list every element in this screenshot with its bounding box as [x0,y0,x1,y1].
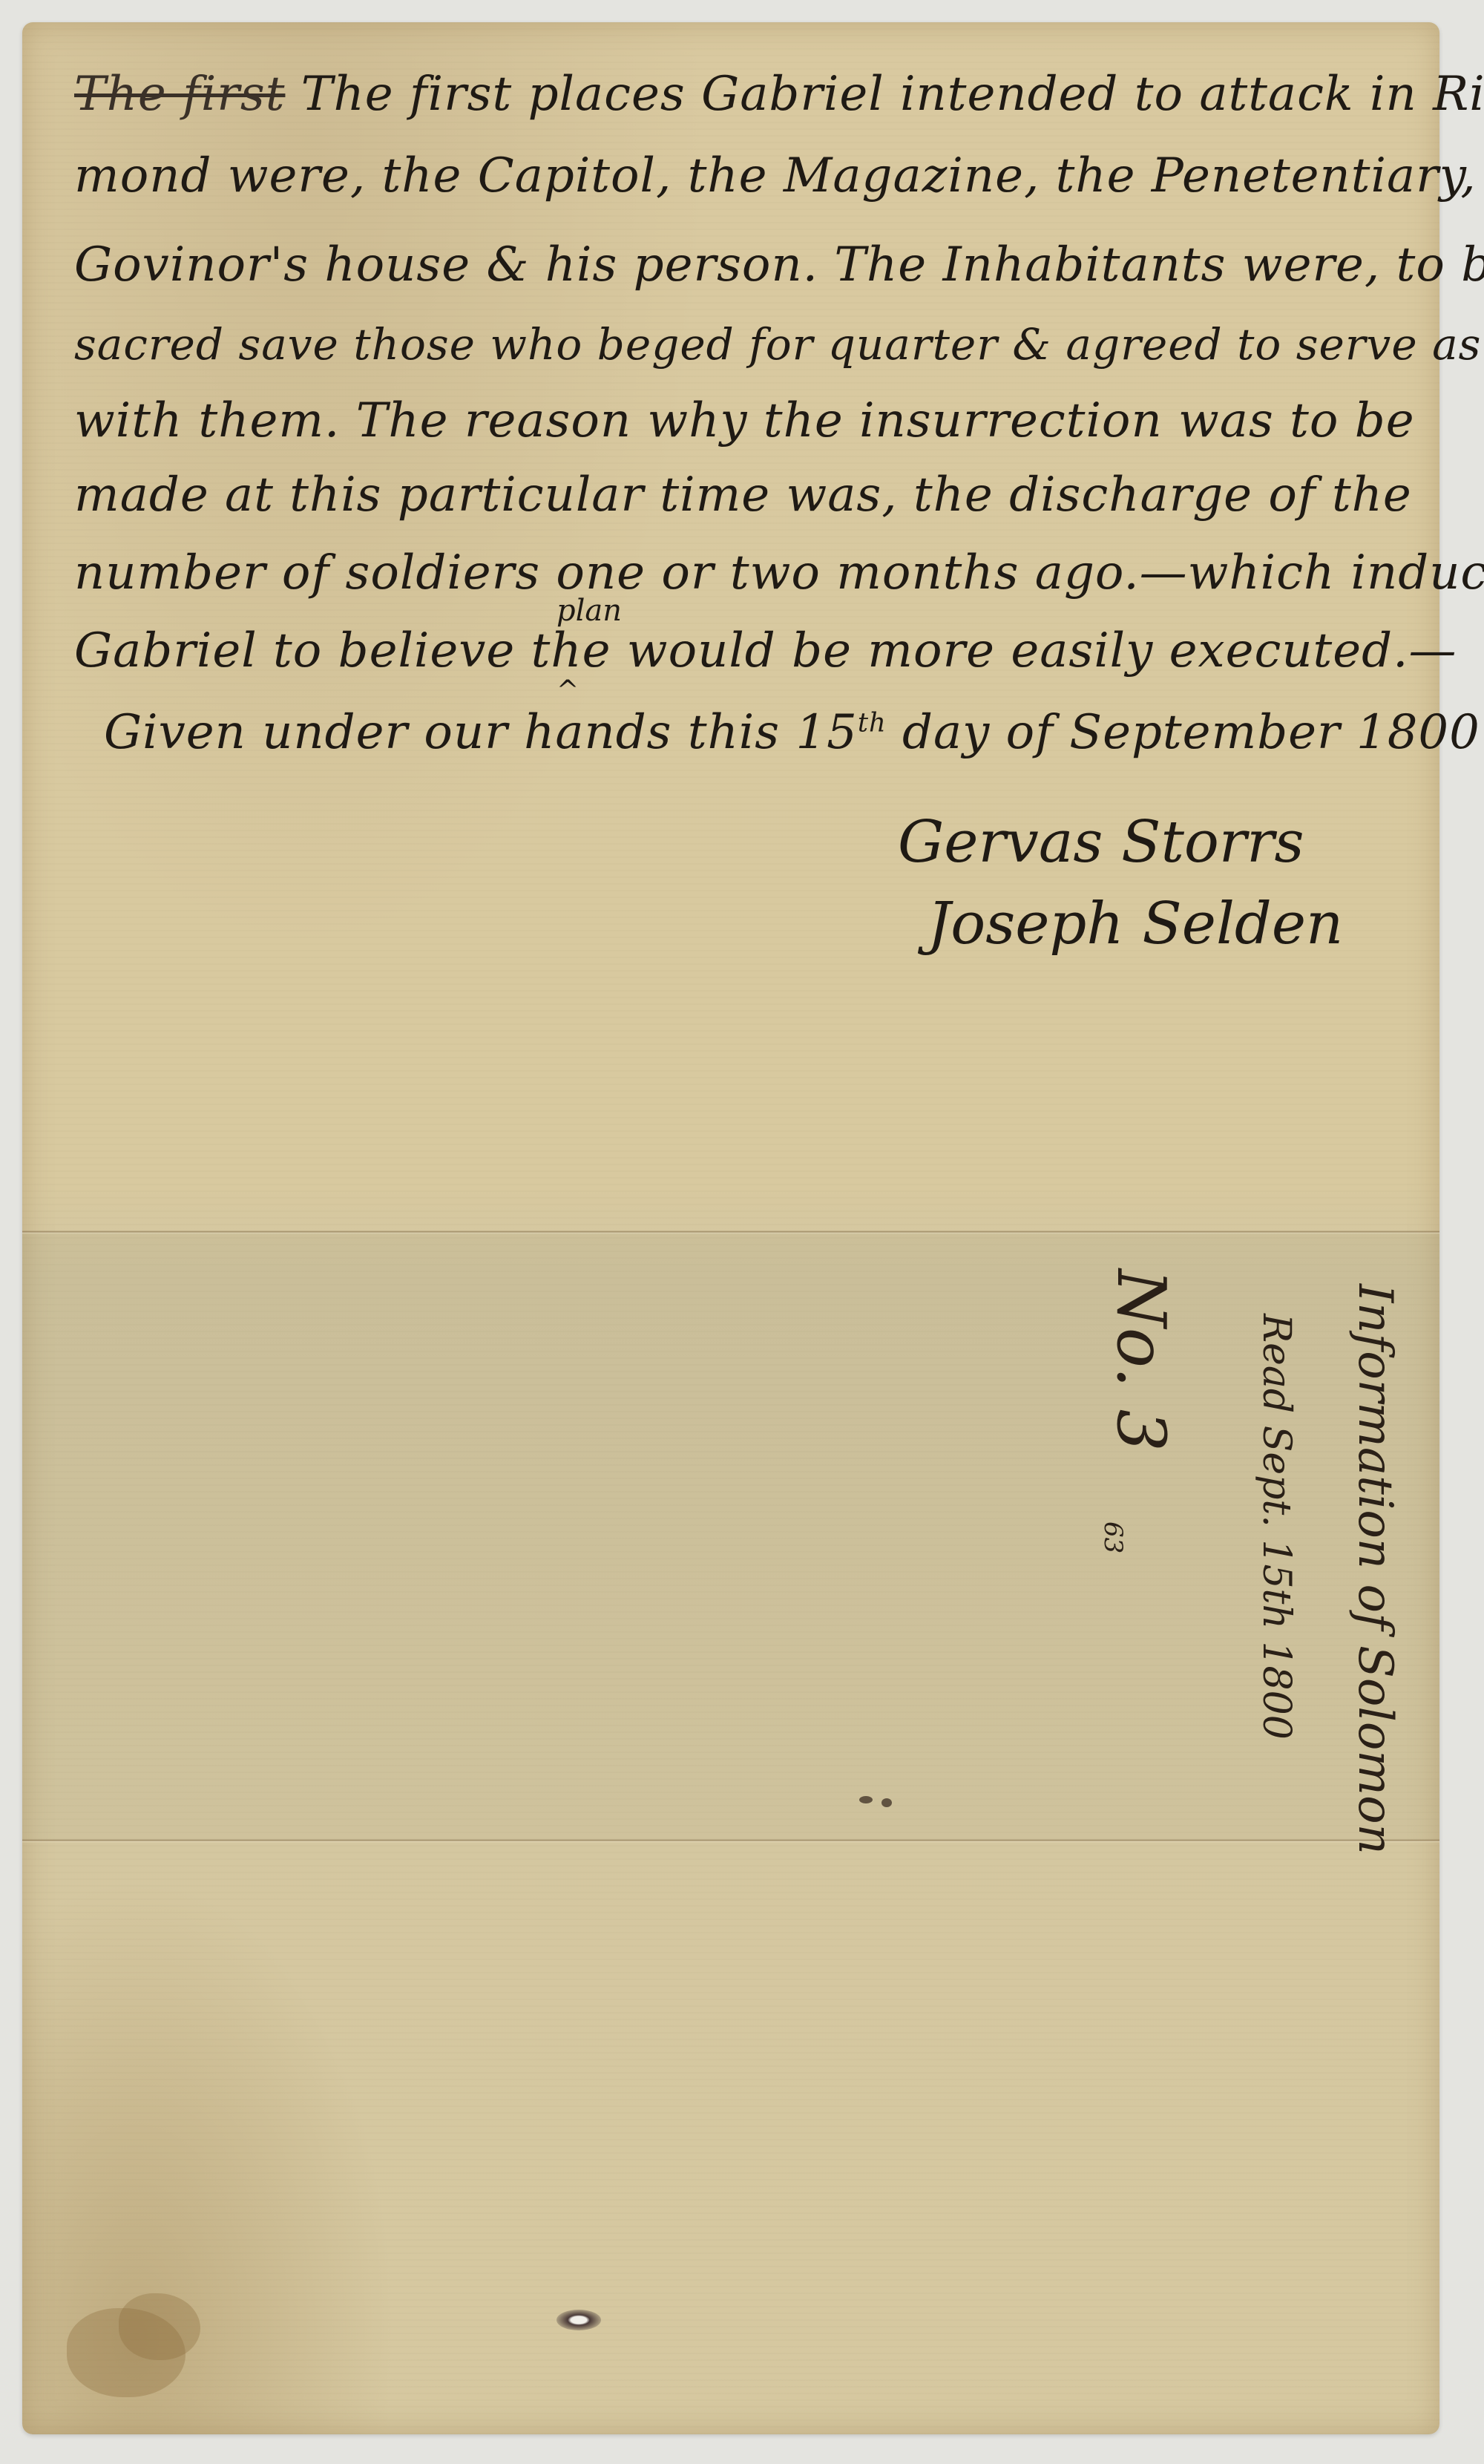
line-text: made at this particular time was, the di… [74,468,1412,522]
ink-blot [881,1798,892,1807]
insertion-caret: ^ [556,675,579,706]
signature-gervas-storrs: Gervas Storrs [898,809,1304,876]
fold-line-lower [22,1839,1439,1843]
ink-blot [859,1796,873,1803]
water-stain [119,2293,200,2360]
text-line-3: Govinor's house & his person. The Inhabi… [74,237,1425,292]
text-line-8: Gabriel to believe the would be more eas… [74,623,1425,678]
manuscript-sheet: The first The first places Gabriel inten… [22,22,1439,2434]
closing-suffix: day of September 1800 [887,705,1480,760]
line-text: Govinor's house & his person. The Inhabi… [74,237,1484,292]
docket-title: Information of Solomon [1347,1284,1402,1855]
docket-read-date: Read Sept. 15th 1800 [1254,1314,1298,1740]
closing-line: Given under our hands this 15th day of S… [104,705,1454,760]
fold-line-upper [22,1231,1439,1234]
paper-hole [556,2310,601,2330]
ordinal-suffix: th [858,708,887,738]
struck-text: The first [74,67,285,122]
line-text: mond were, the Capitol, the Magazine, th… [74,148,1484,203]
line-text: number of soldiers one or two months ago… [74,545,1484,600]
text-line-5: with them. The reason why the insurrecti… [74,393,1425,448]
middle-fold-panel [22,1232,1439,1841]
docket-page-mark: 63 [1098,1521,1128,1553]
text-line-2: mond were, the Capitol, the Magazine, th… [74,148,1425,203]
docket-number: No. 3 [1102,1269,1180,1452]
line-text: with them. The reason why the insurrecti… [74,393,1415,448]
text-line-1: The first The first places Gabriel inten… [74,67,1425,122]
line-text: Gabriel to believe the would be more eas… [74,623,1457,678]
line-text: sacred save those who beged for quarter … [74,319,1484,370]
text-line-4: sacred save those who beged for quarter … [74,319,1425,370]
closing-prefix: Given under our hands this 15 [104,705,858,760]
signature-joseph-selden: Joseph Selden [927,891,1343,957]
line-text: The first places Gabriel intended to att… [301,67,1484,122]
text-line-7: number of soldiers one or two months ago… [74,545,1425,600]
text-line-6: made at this particular time was, the di… [74,468,1425,522]
